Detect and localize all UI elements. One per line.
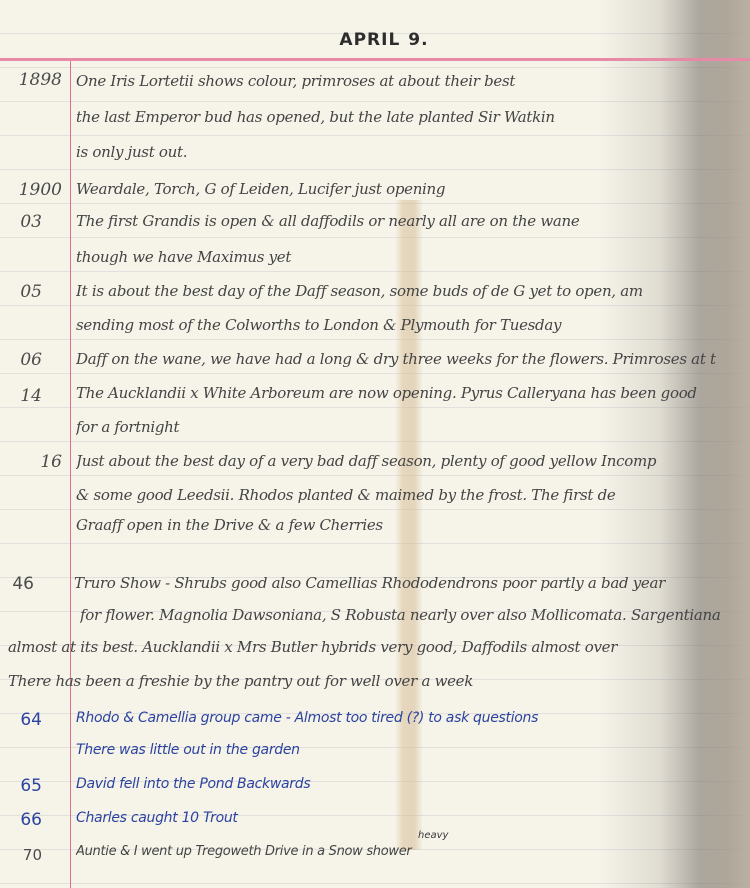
- entry-year: 1900: [0, 180, 62, 200]
- page-date-heading: APRIL9.: [0, 30, 750, 50]
- entry-line: Truro Show - Shrubs good also Camellias …: [74, 574, 714, 592]
- entry-line: almost at its best. Aucklandii x Mrs But…: [8, 638, 708, 656]
- date-day: 9.: [400, 30, 428, 50]
- header-rule: [0, 58, 750, 61]
- entry-year: 65: [0, 776, 42, 796]
- entry-line: Daff on the wane, we have had a long & d…: [76, 350, 716, 368]
- entry-line: is only just out.: [76, 143, 716, 161]
- entry-year: 70: [0, 846, 42, 864]
- entry-line: though we have Maximus yet: [76, 248, 716, 266]
- entry-line: Weardale, Torch, G of Leiden, Lucifer ju…: [76, 180, 716, 198]
- entry-line: Rhodo & Camellia group came - Almost too…: [76, 710, 716, 726]
- entry-line: There was little out in the garden: [76, 742, 716, 758]
- entry-year: 16: [0, 452, 62, 472]
- entry-line: The first Grandis is open & all daffodil…: [76, 212, 716, 230]
- entry-line: Auntie & I went up Tregoweth Drive in a …: [76, 844, 716, 859]
- diary-page: APRIL9. 1898 One Iris Lortetii shows col…: [0, 0, 750, 888]
- entry-line: Graaff open in the Drive & a few Cherrie…: [76, 516, 716, 534]
- margin-rule: [70, 61, 71, 888]
- date-month: APRIL: [321, 30, 400, 50]
- entry-year: 06: [0, 350, 42, 370]
- entry-line: Just about the best day of a very bad da…: [76, 452, 716, 470]
- entry-line: The Aucklandii x White Arboreum are now …: [76, 384, 716, 402]
- entry-year: 64: [0, 710, 42, 730]
- entry-line: the last Emperor bud has opened, but the…: [76, 108, 716, 126]
- entry-line: for a fortnight: [76, 418, 716, 436]
- entry-year: 1898: [0, 70, 62, 90]
- entry-line: sending most of the Colworths to London …: [76, 316, 716, 334]
- entry-line: One Iris Lortetii shows colour, primrose…: [76, 72, 716, 90]
- superscript-insertion: heavy: [418, 830, 448, 841]
- entry-year: 46: [0, 574, 34, 594]
- entry-line: Charles caught 10 Trout: [76, 810, 716, 826]
- entry-year: 66: [0, 810, 42, 830]
- entry-year: 14: [0, 386, 42, 406]
- entry-line: David fell into the Pond Backwards: [76, 776, 716, 792]
- entry-year: 05: [0, 282, 42, 302]
- entry-line: There has been a freshie by the pantry o…: [8, 672, 708, 690]
- entry-line: for flower. Magnolia Dawsoniana, S Robus…: [80, 606, 720, 624]
- entry-line: & some good Leedsii. Rhodos planted & ma…: [76, 486, 716, 504]
- entry-line: It is about the best day of the Daff sea…: [76, 282, 716, 300]
- entry-year: 03: [0, 212, 42, 232]
